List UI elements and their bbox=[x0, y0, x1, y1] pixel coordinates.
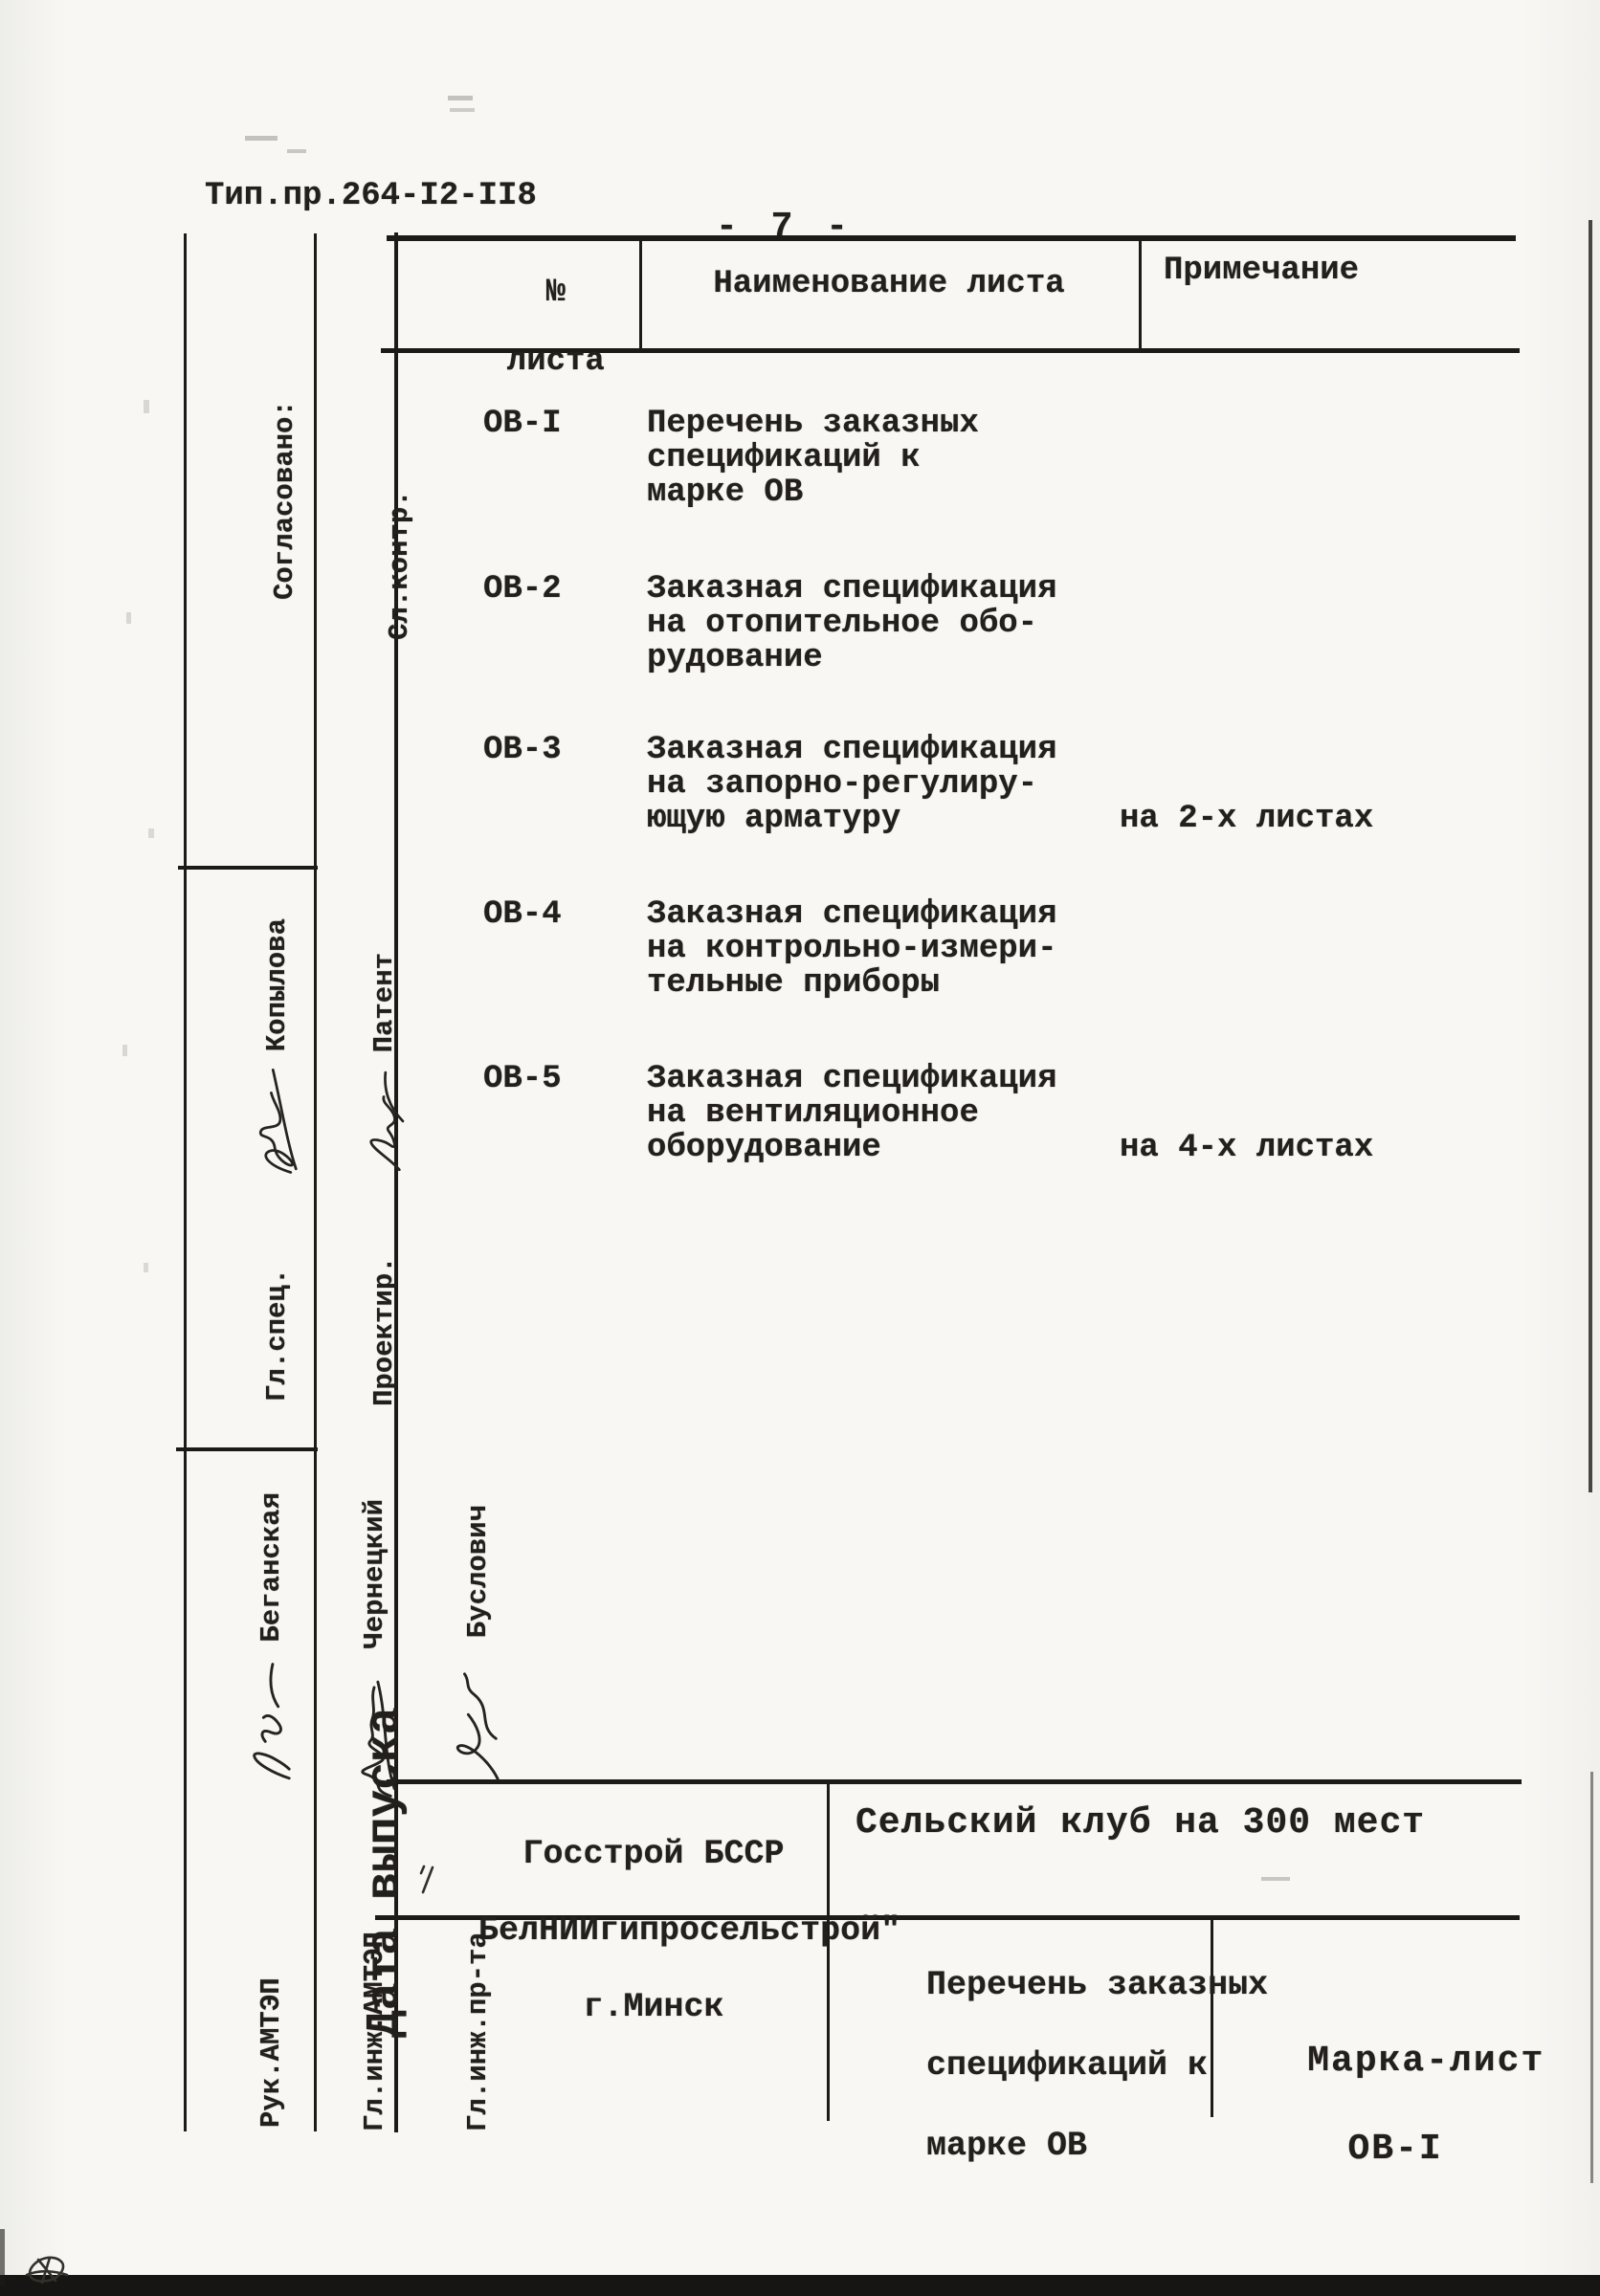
signer-name: Патент bbox=[368, 953, 400, 1052]
table-col-divider-2 bbox=[1139, 237, 1142, 351]
page-number: - 7 - bbox=[716, 207, 854, 248]
column-header-sheet-name: Наименование листа bbox=[641, 267, 1137, 301]
ink-blot bbox=[17, 2237, 75, 2290]
signer-name: Буслович bbox=[462, 1505, 494, 1638]
role-label: Рук.АМТЭП bbox=[256, 1977, 287, 2128]
document-title-line: марке ОВ bbox=[926, 2127, 1087, 2165]
mark-sheet-cell: Марка-лист ОВ-I bbox=[1212, 1996, 1522, 2216]
org-name-line: БелНИИгипросельстрой" bbox=[478, 1911, 900, 1950]
sheet-name: Заказная спецификацияна запорно-регулиру… bbox=[647, 733, 1097, 836]
sidebar-management-section: Рук.АМТЭП Беганская Гл.инж.АМТЭП Чернецк… bbox=[186, 1449, 312, 2131]
signature-kopylova bbox=[252, 1063, 301, 1178]
scan-noise-dash bbox=[287, 149, 306, 153]
signature-row: Проектир. Патент bbox=[362, 869, 406, 1449]
scan-left-edge-smudge bbox=[0, 2229, 5, 2286]
column-header-note: Примечание bbox=[1164, 254, 1359, 288]
sheet-name: Заказная спецификацияна отопительное обо… bbox=[647, 572, 1097, 675]
mark-sheet-code: ОВ-I bbox=[1348, 2129, 1443, 2170]
scan-noise-dash bbox=[245, 136, 278, 141]
approved-label: Согласовано: bbox=[266, 239, 304, 866]
signature-buslovich bbox=[452, 1649, 503, 1793]
issue-date-strip: Дата выпуска bbox=[318, 1459, 392, 2129]
signature-row: Рук.АМТЭП Беганская bbox=[251, 1449, 291, 2131]
signature-beganskaya bbox=[247, 1654, 295, 1798]
sheet-name: Заказная спецификацияна контрольно-измер… bbox=[647, 897, 1097, 1001]
sheet-code: ОВ-4 bbox=[483, 897, 562, 932]
scan-noise-dash bbox=[448, 96, 473, 100]
scan-bottom-band bbox=[0, 2275, 1600, 2296]
role-label: Проектир. bbox=[368, 1256, 400, 1406]
mark-sheet-label: Марка-лист bbox=[1307, 2041, 1544, 2082]
sheet-note: на 4-х листах bbox=[1120, 1131, 1502, 1165]
pencil-mark bbox=[1261, 1877, 1290, 1881]
sheet-number-symbol: № bbox=[546, 275, 566, 311]
organization-cell: Госстрой БССР БелНИИгипросельстрой" г.Ми… bbox=[398, 1797, 829, 2064]
project-name-cell: Сельский клуб на 300 мест bbox=[856, 1802, 1425, 1843]
sidebar-approval-section: Согласовано: Сл.контр. bbox=[186, 239, 314, 866]
document-title-cell: Перечень заказных спецификаций к марке О… bbox=[846, 1925, 1200, 2206]
scanned-document-page: Тип.пр.264-I2-II8 - 7 - № листа Наименов… bbox=[0, 0, 1600, 2296]
signature-patent bbox=[359, 1064, 409, 1177]
scan-right-edge-lower bbox=[1590, 1772, 1593, 2183]
sheet-name: Перечень заказныхспецификаций кмарке ОВ bbox=[647, 407, 1097, 510]
sheet-name: Заказная спецификацияна вентиляционноеоб… bbox=[647, 1062, 1097, 1165]
signature-row: Гл.спец. Копылова bbox=[255, 869, 299, 1449]
scan-noise-speck bbox=[144, 1263, 148, 1272]
document-title-line: спецификаций к bbox=[926, 2046, 1208, 2085]
scan-noise-dash bbox=[450, 108, 475, 112]
sheet-note: на 2-х листах bbox=[1120, 802, 1502, 836]
sheet-code: ОВ-5 bbox=[483, 1062, 562, 1096]
sidebar-designers-section: Гл.спец. Копылова Проектир. Патент bbox=[186, 869, 316, 1449]
signer-name: Копылова bbox=[261, 918, 293, 1051]
handwritten-tick bbox=[417, 1864, 440, 1896]
signer-name: Беганская bbox=[256, 1492, 287, 1643]
org-city: г.Минск bbox=[583, 1988, 723, 2026]
sheet-number-word: листа bbox=[507, 343, 605, 380]
control-label: Сл.контр. bbox=[381, 239, 419, 866]
document-type-number: Тип.пр.264-I2-II8 bbox=[205, 178, 537, 214]
org-name-line: Госстрой БССР bbox=[522, 1835, 784, 1873]
role-label: Гл.спец. bbox=[261, 1269, 293, 1402]
